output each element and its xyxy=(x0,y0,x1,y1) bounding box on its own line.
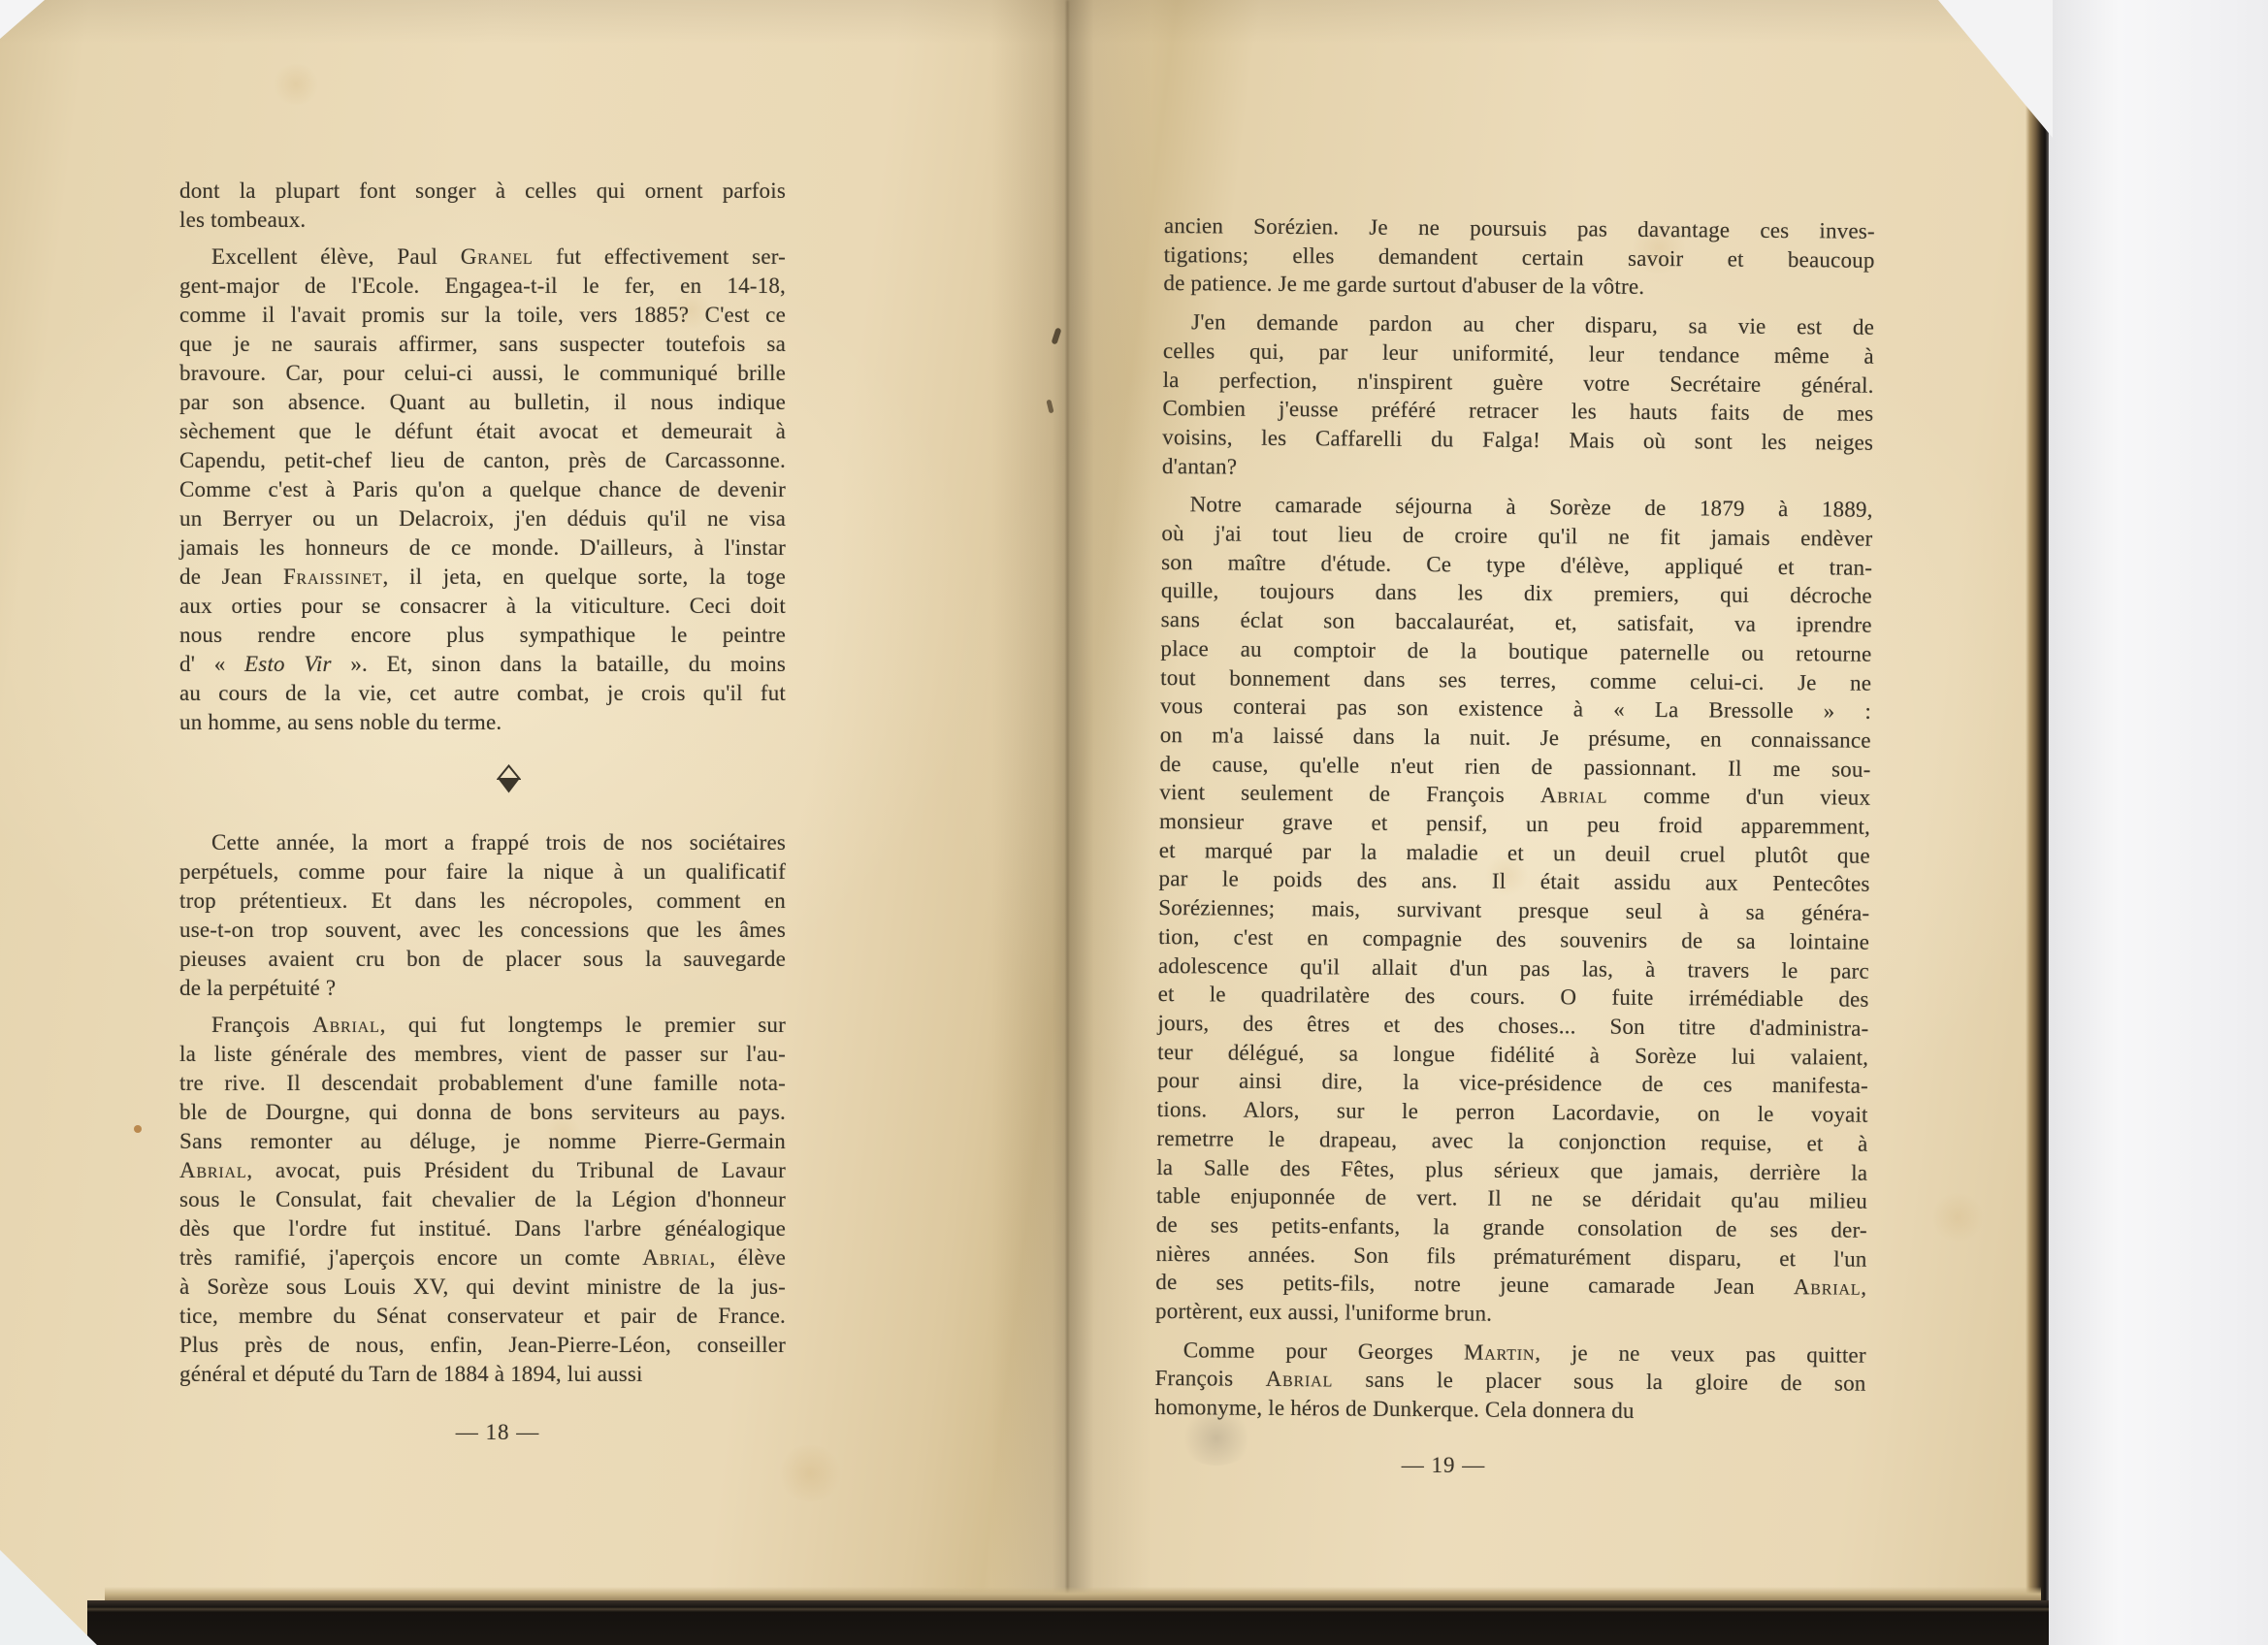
text-line: Sans remonter au déluge, je nomme Pierre… xyxy=(179,1127,786,1156)
text-line: Excellent élève, Paul Granel fut effecti… xyxy=(179,242,786,272)
text-segment: et le quadrilatère des cours. O fuite ir… xyxy=(1158,982,1869,1012)
text-segment: de patience. Je me garde surtout d'abuse… xyxy=(1163,271,1644,299)
text-segment: Excellent élève, Paul xyxy=(211,244,461,269)
text-segment: et marqué par la maladie et un deuil cru… xyxy=(1159,838,1870,868)
text-segment: François xyxy=(211,1013,312,1037)
text-segment: tion, c'est en compagnie des souvenirs d… xyxy=(1158,924,1869,954)
text-segment: comme d'un vieux xyxy=(1607,784,1870,810)
text-line: François Abrial, qui fut longtemps le pr… xyxy=(179,1011,786,1040)
text-segment: ». Et, sinon dans la bataille, du moins xyxy=(332,652,786,676)
text-segment: vient seulement de François xyxy=(1159,780,1540,807)
text-segment: jamais les honneurs de ce monde. D'aille… xyxy=(179,535,786,560)
text-segment: pieuses avaient cru bon de placer sous l… xyxy=(179,947,786,971)
text-line: par son absence. Quant au bulletin, il n… xyxy=(179,388,786,417)
text-segment: de cause, qu'elle n'eut rien de passionn… xyxy=(1159,752,1870,782)
text-line: très ramifié, j'aperçois encore un comte… xyxy=(179,1243,786,1273)
text-segment: adolescence qu'il allait d'un pas las, à… xyxy=(1158,953,1869,984)
text-segment: teur délégué, sa longue fidélité à Sorèz… xyxy=(1157,1040,1868,1070)
text-segment: son maître d'étude. Ce type d'élève, app… xyxy=(1161,550,1872,580)
text-segment: quille, toujours dans les dix premiers, … xyxy=(1161,578,1872,608)
text-line: comme il l'avait promis sur la toile, ve… xyxy=(179,301,786,330)
text-line: Plus près de nous, enfin, Jean-Pierre-Lé… xyxy=(179,1331,786,1360)
text-segment: tout bonnement dans ses terres, comme ce… xyxy=(1160,665,1871,695)
text-segment: Notre camarade séjourna à Sorèze de 1879… xyxy=(1190,493,1873,523)
book-fore-edge xyxy=(2025,0,2051,1622)
text-segment: ble de Dourgne, qui donna de bons servit… xyxy=(179,1100,786,1124)
person-name: Fraissinet xyxy=(283,564,383,589)
text-line: tice, membre du Sénat conservateur et pa… xyxy=(179,1302,786,1331)
text-line: un Berryer ou un Delacroix, j'en déduis … xyxy=(179,504,786,533)
text-segment: vous conterai pas son existence à « La B… xyxy=(1160,693,1871,724)
text-segment: table enjuponnée de vert. Il ne se dérid… xyxy=(1156,1183,1867,1213)
text-segment: tre rive. Il descendait probablement d'u… xyxy=(179,1071,786,1095)
paragraph: ancien Sorézien. Je ne poursuis pas dava… xyxy=(1163,211,1875,304)
paragraph: Cette année, la mort a frappé trois de n… xyxy=(179,828,786,1003)
text-line: la liste générale des membres, vient de … xyxy=(179,1040,786,1069)
text-segment: d'antan? xyxy=(1162,454,1237,479)
person-name: Abrial xyxy=(312,1013,379,1037)
text-segment: place au comptoir de la boutique paterne… xyxy=(1160,636,1871,666)
section-divider xyxy=(179,764,786,794)
text-line: à Sorèze sous Louis XV, qui devint minis… xyxy=(179,1273,786,1302)
text-line: tre rive. Il descendait probablement d'u… xyxy=(179,1069,786,1098)
text-segment: tigations; elles demandent certain savoi… xyxy=(1164,242,1875,273)
paragraph: dont la plupart font songer à celles qui… xyxy=(179,177,786,235)
text-segment: , qui fut longtemps le premier sur xyxy=(380,1013,786,1037)
page-number-left: — 18 — xyxy=(456,1420,540,1445)
text-segment: que je ne saurais affirmer, sans suspect… xyxy=(179,332,786,356)
text-segment: très ramifié, j'aperçois encore un comte xyxy=(179,1245,642,1270)
text-segment: ancien Sorézien. Je ne poursuis pas dava… xyxy=(1164,213,1875,243)
text-segment: gent-major de l'Ecole. Engagea-t-il le f… xyxy=(179,274,786,298)
text-segment: la perfection, n'inspirent guère votre S… xyxy=(1163,368,1874,398)
text-segment: tice, membre du Sénat conservateur et pa… xyxy=(179,1304,786,1328)
text-segment: fut effectivement ser- xyxy=(533,244,786,269)
paragraph: Notre camarade séjourna à Sorèze de 1879… xyxy=(1155,490,1873,1331)
book-scan: dont la plupart font songer à celles qui… xyxy=(0,0,2268,1645)
text-line: sous le Consulat, fait chevalier de la L… xyxy=(179,1185,786,1214)
text-line: voisins, les Caffarelli du Falga! Mais o… xyxy=(1162,423,1873,457)
paragraph: J'en demande pardon au cher disparu, sa … xyxy=(1162,307,1874,486)
text-segment: comme il l'avait promis sur la toile, ve… xyxy=(179,303,786,327)
text-line: perpétuels, comme pour faire la nique à … xyxy=(179,857,786,887)
text-line: Abrial, avocat, puis Président du Tribun… xyxy=(179,1156,786,1185)
text-line: trop prétentieux. Et dans les nécropoles… xyxy=(179,887,786,916)
text-segment: Comme c'est à Paris qu'on a quelque chan… xyxy=(179,477,786,501)
text-segment: au cours de la vie, cet autre combat, je… xyxy=(179,681,786,705)
text-line: pieuses avaient cru bon de placer sous l… xyxy=(179,945,786,974)
text-segment: monsieur grave et pensif, un peu froid a… xyxy=(1159,809,1870,839)
text-segment: un Berryer ou un Delacroix, j'en déduis … xyxy=(179,506,786,531)
text-segment: Comme pour Georges xyxy=(1183,1338,1465,1364)
text-line: d'antan? xyxy=(1162,452,1873,486)
text-segment: par son absence. Quant au bulletin, il n… xyxy=(179,390,786,414)
book-gutter-shadow xyxy=(991,0,1151,1645)
text-segment: , élève xyxy=(710,1245,786,1270)
text-segment: perpétuels, comme pour faire la nique à … xyxy=(179,859,786,884)
text-line: Cette année, la mort a frappé trois de n… xyxy=(179,828,786,857)
text-segment: la Salle des Fêtes, plus sérieux que jam… xyxy=(1156,1154,1867,1184)
text-segment: nous rendre encore plus sympathique le p… xyxy=(179,623,786,647)
book-bottom-edge xyxy=(87,1600,2049,1645)
text-segment: , je ne veux pas quitter xyxy=(1535,1340,1866,1368)
text-line: aux orties pour se consacrer à la viticu… xyxy=(179,592,786,621)
text-line: use-t-on trop souvent, avec les concessi… xyxy=(179,916,786,945)
page-number-right: — 19 — xyxy=(1402,1453,1486,1478)
text-segment: la liste générale des membres, vient de … xyxy=(179,1042,786,1066)
text-segment: nières années. Son fils prématurément di… xyxy=(1155,1242,1866,1272)
text-line: général et député du Tarn de 1884 à 1894… xyxy=(179,1360,786,1389)
person-name: Abrial xyxy=(642,1245,709,1270)
text-segment: de ses petits-enfants, la grande consola… xyxy=(1156,1212,1867,1242)
text-segment: Cette année, la mort a frappé trois de n… xyxy=(211,830,786,855)
text-segment: tions. Alors, sur le perron Lacordavie, … xyxy=(1157,1097,1868,1127)
text-line: jamais les honneurs de ce monde. D'aille… xyxy=(179,533,786,563)
gutter-crease xyxy=(1066,0,1069,1645)
paragraph: Excellent élève, Paul Granel fut effecti… xyxy=(179,242,786,737)
text-segment: remetrre le drapeau, avec la conjonction… xyxy=(1156,1126,1867,1156)
text-segment: général et député du Tarn de 1884 à 1894… xyxy=(179,1362,643,1386)
page-left-text-column: dont la plupart font songer à celles qui… xyxy=(179,177,786,1389)
person-name: Abrial xyxy=(1266,1367,1334,1392)
text-segment: Combien j'eusse préféré retracer les hau… xyxy=(1162,396,1873,426)
text-segment: de Jean xyxy=(179,564,283,589)
text-segment: sans le placer sous la gloire de son xyxy=(1333,1368,1866,1396)
text-segment: use-t-on trop souvent, avec les concessi… xyxy=(179,918,786,942)
text-segment: celles qui, par leur uniformité, leur te… xyxy=(1163,339,1874,369)
person-name: Abrial xyxy=(1794,1274,1862,1300)
person-name: Abrial xyxy=(1540,783,1608,808)
text-segment: trop prétentieux. Et dans les nécropoles… xyxy=(179,888,786,913)
text-segment: voisins, les Caffarelli du Falga! Mais o… xyxy=(1162,425,1873,455)
half-filled-diamond-icon xyxy=(497,764,521,794)
text-segment: Plus près de nous, enfin, Jean-Pierre-Lé… xyxy=(179,1333,786,1357)
text-line: ble de Dourgne, qui donna de bons servit… xyxy=(179,1098,786,1127)
text-segment: pour ainsi dire, la vice-présidence de c… xyxy=(1157,1068,1868,1098)
text-segment: Sans remonter au déluge, je nomme Pierre… xyxy=(179,1129,786,1153)
text-segment: de la perpétuité ? xyxy=(179,976,336,1000)
text-segment: homonyme, le héros de Dunkerque. Cela do… xyxy=(1154,1395,1635,1423)
text-line: gent-major de l'Ecole. Engagea-t-il le f… xyxy=(179,272,786,301)
text-segment: François xyxy=(1154,1366,1265,1391)
person-name: Martin xyxy=(1464,1339,1535,1365)
text-line: de la perpétuité ? xyxy=(179,974,786,1003)
text-line: portèrent, eux aussi, l'uniforme brun. xyxy=(1155,1297,1866,1331)
text-line: au cours de la vie, cet autre combat, je… xyxy=(179,679,786,708)
text-segment: les tombeaux. xyxy=(179,208,306,232)
text-line: que je ne saurais affirmer, sans suspect… xyxy=(179,330,786,359)
text-line: sèchement que le défunt était avocat et … xyxy=(179,417,786,446)
text-segment: où j'ai tout lieu de croire qu'il ne fit… xyxy=(1161,521,1872,551)
text-segment: , avocat, puis Président du Tribunal de … xyxy=(246,1158,786,1182)
scanner-background xyxy=(2049,0,2268,1645)
page-right-text-column: ancien Sorézien. Je ne poursuis pas dava… xyxy=(1154,211,1875,1428)
text-line: un homme, au sens noble du terme. xyxy=(179,708,786,737)
text-segment: sous le Consulat, fait chevalier de la L… xyxy=(179,1187,786,1211)
text-segment: aux orties pour se consacrer à la viticu… xyxy=(179,594,786,618)
text-line: nous rendre encore plus sympathique le p… xyxy=(179,621,786,650)
text-segment: d' « xyxy=(179,652,244,676)
text-segment: Soréziennes; mais, survivant presque seu… xyxy=(1158,895,1869,925)
text-segment: , xyxy=(1861,1275,1866,1300)
person-name: Abrial xyxy=(179,1158,246,1182)
text-segment: sans éclat son baccalauréat, et, satisfa… xyxy=(1161,607,1872,637)
text-segment: par le poids des ans. Il était assidu au… xyxy=(1158,866,1869,896)
text-segment: dès que l'ordre fut institué. Dans l'arb… xyxy=(179,1216,786,1241)
text-line: de Jean Fraissinet, il jeta, en quelque … xyxy=(179,563,786,592)
text-segment: dont la plupart font songer à celles qui… xyxy=(179,178,786,203)
text-segment: de ses petits-fils, notre jeune camarade… xyxy=(1155,1270,1794,1299)
text-line: Capendu, petit-chef lieu de canton, près… xyxy=(179,446,786,475)
text-line: dès que l'ordre fut institué. Dans l'arb… xyxy=(179,1214,786,1243)
text-segment: , il jeta, en quelque sorte, la toge xyxy=(383,564,786,589)
text-line: homonyme, le héros de Dunkerque. Cela do… xyxy=(1154,1393,1865,1427)
text-segment: sèchement que le défunt était avocat et … xyxy=(179,419,786,443)
text-line: dont la plupart font songer à celles qui… xyxy=(179,177,786,206)
text-line: d' « Esto Vir ». Et, sinon dans la batai… xyxy=(179,650,786,679)
text-segment: Capendu, petit-chef lieu de canton, près… xyxy=(179,448,786,472)
text-line: Comme c'est à Paris qu'on a quelque chan… xyxy=(179,475,786,504)
text-segment: bravoure. Car, pour celui-ci aussi, le c… xyxy=(179,361,786,385)
text-segment: on m'a laissé dans la nuit. Je présume, … xyxy=(1160,723,1871,753)
text-segment: à Sorèze sous Louis XV, qui devint minis… xyxy=(179,1274,786,1299)
text-line: bravoure. Car, pour celui-ci aussi, le c… xyxy=(179,359,786,388)
paragraph: Comme pour Georges Martin, je ne veux pa… xyxy=(1154,1336,1866,1428)
text-line: de patience. Je me garde surtout d'abuse… xyxy=(1163,269,1874,303)
text-segment: jours, des êtres et des choses... Son ti… xyxy=(1157,1011,1868,1041)
paragraph: François Abrial, qui fut longtemps le pr… xyxy=(179,1011,786,1389)
person-name: Granel xyxy=(461,244,534,269)
text-segment: un homme, au sens noble du terme. xyxy=(179,710,502,734)
text-line: les tombeaux. xyxy=(179,206,786,235)
text-segment: Esto Vir xyxy=(244,652,332,676)
text-segment: J'en demande pardon au cher disparu, sa … xyxy=(1191,309,1874,339)
text-segment: portèrent, eux aussi, l'uniforme brun. xyxy=(1155,1299,1492,1326)
